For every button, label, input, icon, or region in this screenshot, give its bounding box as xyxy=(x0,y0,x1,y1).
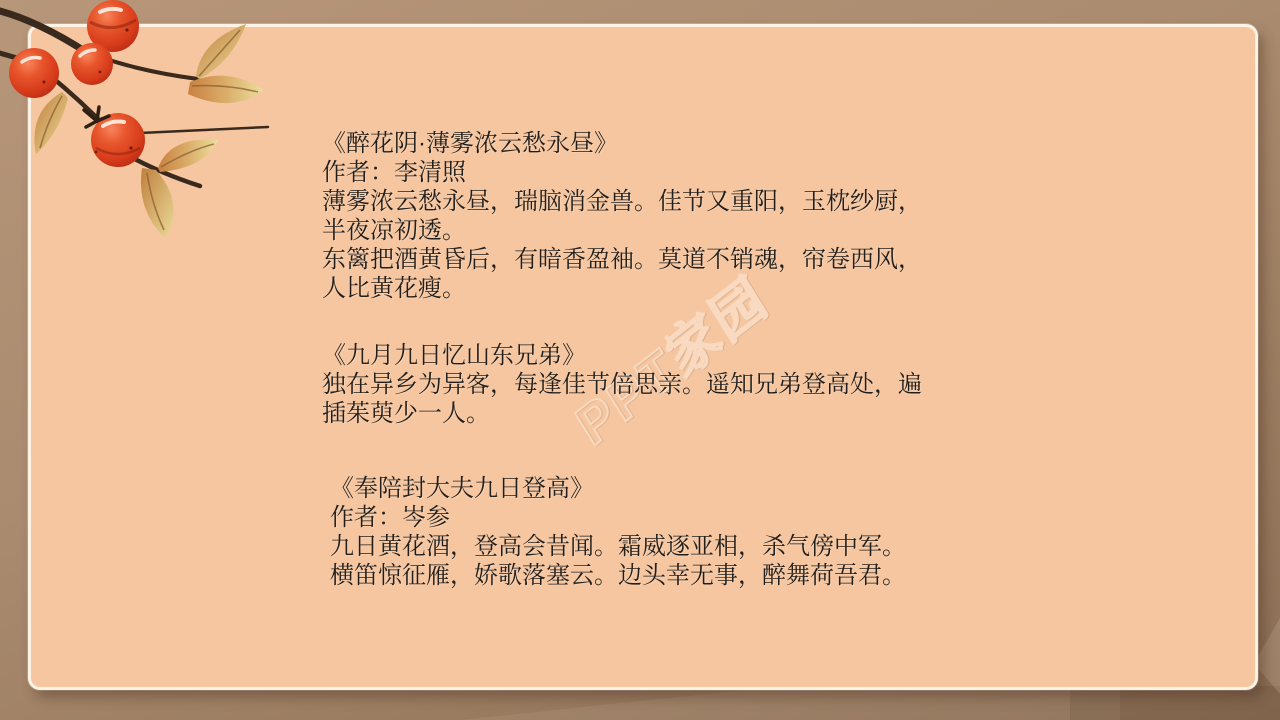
poem-line: 人比黄花瘦。 xyxy=(322,274,922,303)
poem-line: 横笛惊征雁，娇歌落塞云。边头幸无事，醉舞荷吾君。 xyxy=(330,561,906,590)
poem-author: 作者：李清照 xyxy=(322,158,922,187)
poem-title: 《九月九日忆山东兄弟》 xyxy=(322,341,922,370)
poem-line: 半夜凉初透。 xyxy=(322,216,922,245)
poem-line: 薄雾浓云愁永昼，瑞脑消金兽。佳节又重阳，玉枕纱厨， xyxy=(322,187,922,216)
poem-line: 独在异乡为异客，每逢佳节倍思亲。遥知兄弟登高处，遍 xyxy=(322,370,922,399)
slide-canvas: PPT家园 《醉花阴·薄雾浓云愁永昼》 作者：李清照 薄雾浓云愁永昼，瑞脑消金兽… xyxy=(0,0,1280,720)
poem-block-zuihuayin: 《醉花阴·薄雾浓云愁永昼》 作者：李清照 薄雾浓云愁永昼，瑞脑消金兽。佳节又重阳… xyxy=(322,129,922,303)
berries-branch-illustration xyxy=(0,0,300,260)
poem-line: 东篱把酒黄昏后，有暗香盈袖。莫道不销魂，帘卷西风， xyxy=(322,245,922,274)
poem-line: 九日黄花酒，登高会昔闻。霜威逐亚相，杀气傍中军。 xyxy=(330,532,906,561)
background-shade-corner xyxy=(1070,686,1280,720)
poem-line: 插茱萸少一人。 xyxy=(322,399,922,428)
poem-title: 《奉陪封大夫九日登高》 xyxy=(330,474,906,503)
poem-block-fengpei: 《奉陪封大夫九日登高》 作者：岑参 九日黄花酒，登高会昔闻。霜威逐亚相，杀气傍中… xyxy=(330,474,906,590)
poem-title: 《醉花阴·薄雾浓云愁永昼》 xyxy=(322,129,922,158)
poem-block-jiuyue: 《九月九日忆山东兄弟》 独在异乡为异客，每逢佳节倍思亲。遥知兄弟登高处，遍 插茱… xyxy=(322,341,922,428)
background-hill-shape xyxy=(460,688,1120,720)
poem-author: 作者：岑参 xyxy=(330,503,906,532)
leaf-shapes xyxy=(34,24,264,238)
